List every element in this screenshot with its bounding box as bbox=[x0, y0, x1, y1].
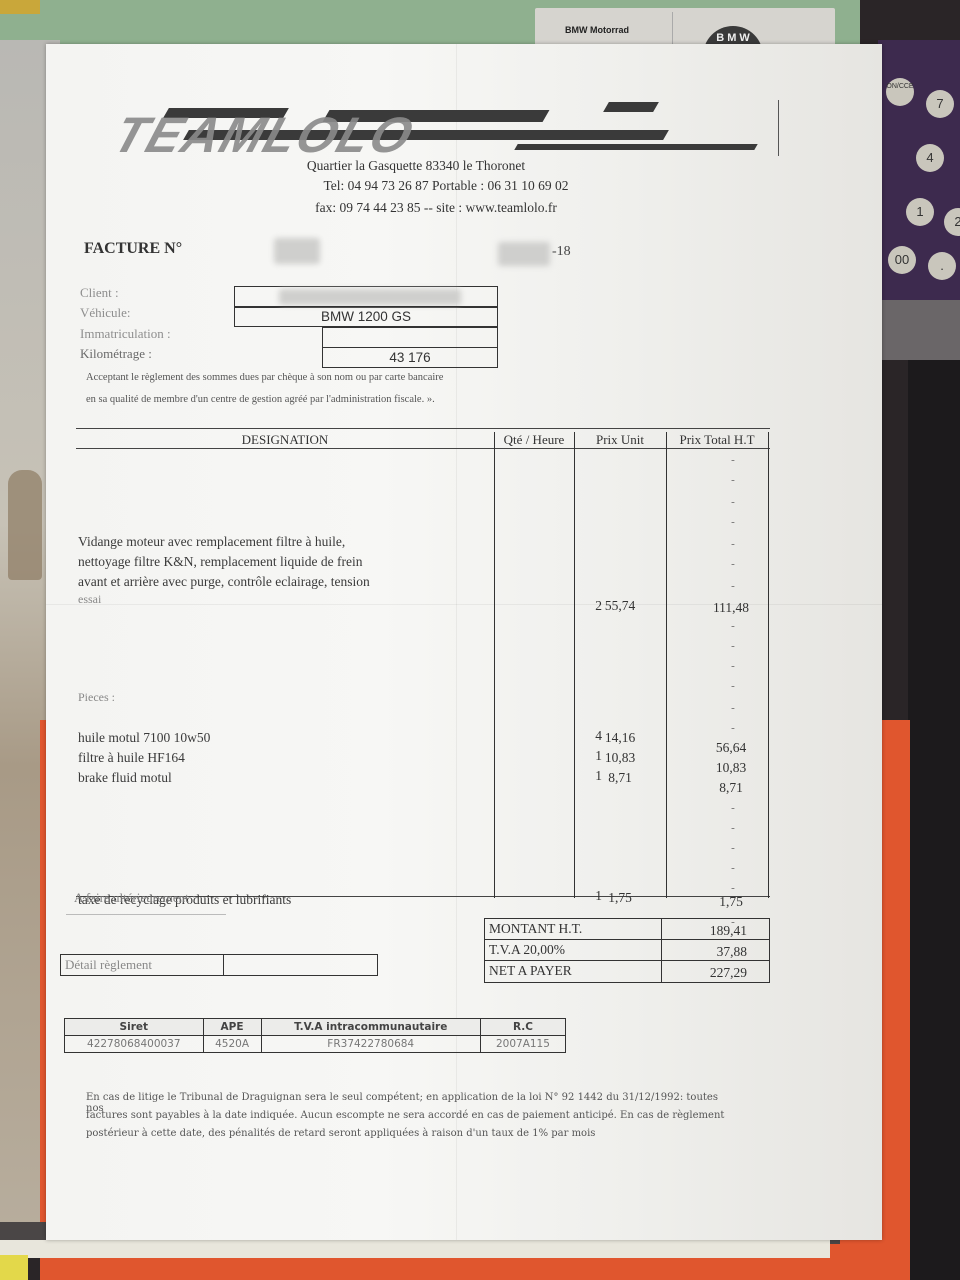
divider bbox=[778, 100, 779, 156]
divider bbox=[66, 914, 226, 915]
empty-total-marker: - bbox=[696, 660, 770, 672]
client-label: Client : bbox=[80, 285, 119, 301]
legal-header-rc: R.C bbox=[480, 1019, 565, 1036]
divider bbox=[494, 432, 495, 898]
unit-price-cell: 10,83 bbox=[574, 750, 666, 766]
calc-key-dot: . bbox=[928, 252, 956, 280]
empty-total-marker: - bbox=[696, 620, 770, 632]
totals-row-ht: MONTANT H.T. 189,41 bbox=[485, 919, 769, 940]
legal-header-siret: Siret bbox=[65, 1019, 204, 1036]
redacted-invoice-number bbox=[274, 238, 320, 264]
empty-total-marker: - bbox=[696, 802, 770, 814]
designation-line: nettoyage filtre K&N, remplacement liqui… bbox=[78, 554, 363, 570]
designation-line: filtre à huile HF164 bbox=[78, 750, 185, 766]
empty-total-marker: - bbox=[696, 558, 770, 570]
totals-row-tva: T.V.A 20,00% 37,88 bbox=[485, 940, 769, 961]
designation-line: huile motul 7100 10w50 bbox=[78, 730, 210, 746]
legal-value-tva: FR37422780684 bbox=[261, 1036, 480, 1053]
legal-value-ape: 4520A bbox=[203, 1036, 261, 1053]
calc-key-on: ON/CCE bbox=[886, 78, 914, 106]
yellow-object bbox=[0, 1255, 28, 1280]
legal-header-tva: T.V.A intracommunautaire bbox=[261, 1019, 480, 1036]
totals-label: NET A PAYER bbox=[489, 963, 572, 979]
calc-key-1: 1 bbox=[906, 198, 934, 226]
invoice-date-suffix: -18 bbox=[552, 244, 571, 260]
totals-row-net: NET A PAYER 227,29 bbox=[485, 961, 769, 982]
logo-text: TEAMLOLO bbox=[107, 106, 422, 164]
empty-total-marker: - bbox=[696, 680, 770, 692]
total-cell: 1,75 bbox=[694, 894, 768, 910]
unit-price-cell: 14,16 bbox=[574, 730, 666, 746]
col-header-designation: DESIGNATION bbox=[76, 432, 494, 448]
vehicle-label: Véhicule: bbox=[80, 305, 131, 321]
payment-detail-box: Détail règlement bbox=[60, 954, 378, 976]
company-legal-table: Siret APE T.V.A intracommunautaire R.C 4… bbox=[64, 1018, 566, 1053]
legal-footer-line3: postérieur à cette date, des pénalités d… bbox=[86, 1128, 726, 1139]
empty-total-marker: - bbox=[696, 842, 770, 854]
calc-key-7: 7 bbox=[926, 90, 954, 118]
designation-line: essai bbox=[78, 592, 101, 607]
legal-value-rc: 2007A115 bbox=[480, 1036, 565, 1053]
invoice-title: FACTURE N° bbox=[84, 240, 182, 258]
later-work-label: A faire ultérieurement : bbox=[74, 890, 196, 906]
calc-key-2: 2 bbox=[944, 208, 960, 236]
calc-key-4: 4 bbox=[916, 144, 944, 172]
total-cell: 111,48 bbox=[694, 600, 768, 616]
payment-note-line1: Acceptant le règlement des sommes dues p… bbox=[86, 372, 443, 383]
empty-total-marker: - bbox=[696, 580, 770, 592]
bmw-card-text: BMW Motorrad bbox=[565, 25, 629, 35]
divider bbox=[76, 428, 770, 429]
redacted-client-name bbox=[279, 289, 461, 305]
company-logo: TEAMLOLO bbox=[86, 102, 726, 158]
payment-detail-label: Détail règlement bbox=[65, 957, 152, 973]
divider bbox=[223, 955, 224, 975]
divider bbox=[661, 919, 662, 939]
company-phone: Tel: 04 94 73 26 87 Portable : 06 31 10 … bbox=[166, 178, 726, 194]
cactus-photo bbox=[8, 470, 42, 580]
empty-total-marker: - bbox=[696, 474, 770, 486]
empty-total-marker: - bbox=[696, 882, 770, 894]
empty-total-marker: - bbox=[696, 640, 770, 652]
empty-total-marker: - bbox=[696, 496, 770, 508]
redacted-date bbox=[498, 242, 550, 266]
mileage-label: Kilométrage : bbox=[80, 346, 152, 362]
yellow-object bbox=[0, 0, 40, 14]
divider bbox=[661, 940, 662, 960]
totals-box: MONTANT H.T. 189,41 T.V.A 20,00% 37,88 N… bbox=[484, 918, 770, 983]
empty-total-marker: - bbox=[696, 516, 770, 528]
designation-line: avant et arrière avec purge, contrôle ec… bbox=[78, 574, 370, 590]
calc-key-00: 00 bbox=[888, 246, 916, 274]
divider bbox=[661, 961, 662, 982]
registration-field bbox=[322, 327, 498, 348]
total-cell: 10,83 bbox=[694, 760, 768, 776]
legal-footer-line2: factures sont payables à la date indiqué… bbox=[86, 1110, 726, 1121]
empty-total-marker: - bbox=[696, 822, 770, 834]
dark-surface bbox=[908, 360, 960, 1280]
totals-value: 189,41 bbox=[710, 923, 747, 939]
vehicle-field: BMW 1200 GS bbox=[234, 306, 498, 327]
unit-price-cell: 8,71 bbox=[574, 770, 666, 786]
company-fax-site: fax: 09 74 44 23 85 -- site : www.teamlo… bbox=[166, 200, 706, 216]
empty-total-marker: - bbox=[696, 702, 770, 714]
totals-value: 227,29 bbox=[710, 965, 747, 981]
unit-price-cell: 55,74 bbox=[574, 598, 666, 614]
empty-total-marker: - bbox=[696, 722, 770, 734]
registration-label: Immatriculation : bbox=[80, 326, 171, 342]
calculator-band bbox=[878, 300, 960, 360]
total-cell: 56,64 bbox=[694, 740, 768, 756]
designation-line: brake fluid motul bbox=[78, 770, 172, 786]
empty-total-marker: - bbox=[696, 862, 770, 874]
white-strip bbox=[0, 1240, 830, 1258]
col-header-unit-price: Prix Unit bbox=[574, 432, 666, 448]
legal-value-siret: 42278068400037 bbox=[65, 1036, 204, 1053]
col-header-qty: Qté / Heure bbox=[494, 432, 574, 448]
divider bbox=[666, 432, 667, 898]
totals-value: 37,88 bbox=[717, 944, 747, 960]
company-address: Quartier la Gasquette 83340 le Thoronet bbox=[166, 158, 666, 174]
totals-label: T.V.A 20,00% bbox=[489, 942, 565, 958]
col-header-total: Prix Total H.T bbox=[666, 432, 768, 448]
divider bbox=[574, 432, 575, 898]
unit-price-cell: 1,75 bbox=[574, 890, 666, 906]
client-field bbox=[234, 286, 498, 308]
payment-note-line2: en sa qualité de membre d'un centre de g… bbox=[86, 394, 435, 405]
total-cell: 8,71 bbox=[694, 780, 768, 796]
invoice-paper: TEAMLOLO Quartier la Gasquette 83340 le … bbox=[46, 44, 882, 1240]
items-table: DESIGNATION Qté / Heure Prix Unit Prix T… bbox=[76, 428, 770, 898]
mileage-field: 43 176 bbox=[322, 347, 498, 368]
designation-line: Vidange moteur avec remplacement filtre … bbox=[78, 534, 345, 550]
empty-total-marker: - bbox=[696, 538, 770, 550]
totals-label: MONTANT H.T. bbox=[489, 921, 582, 937]
empty-total-marker: - bbox=[696, 454, 770, 466]
legal-header-ape: APE bbox=[203, 1019, 261, 1036]
section-label-parts: Pieces : bbox=[78, 690, 115, 705]
